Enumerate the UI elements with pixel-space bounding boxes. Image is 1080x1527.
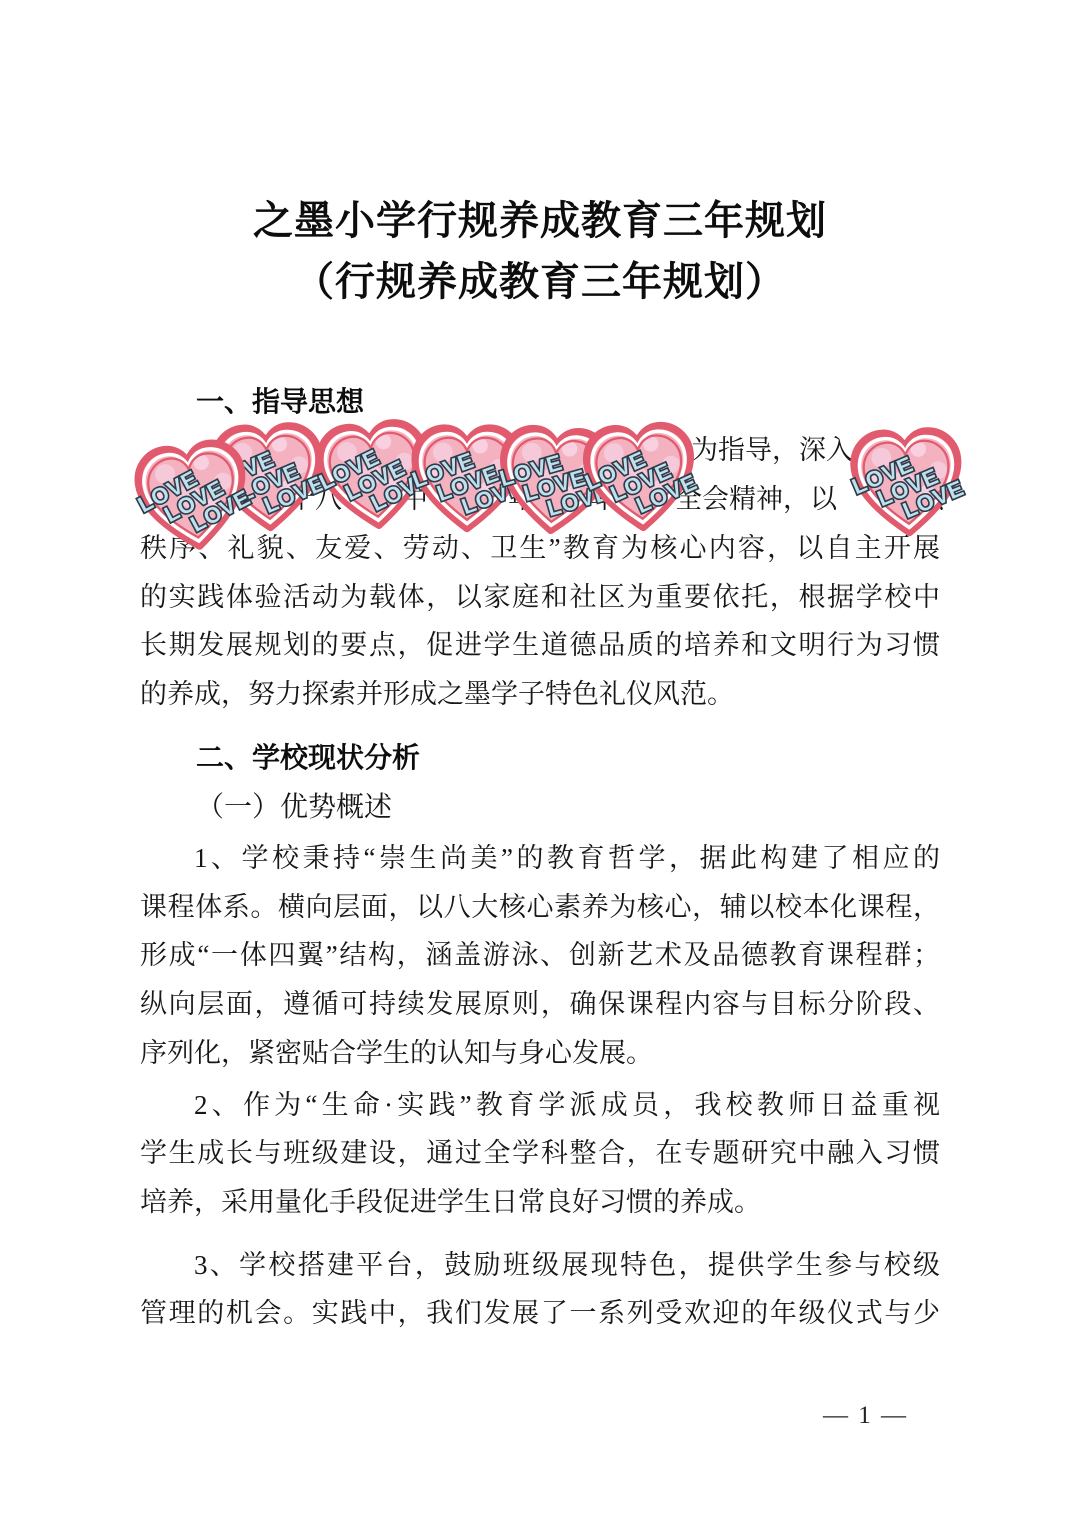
- love-heart-sticker: [838, 416, 977, 555]
- document-page: LOVE LOVE LOVE 之墨小学行规养成教育三年规划 （行规养成教育三年规…: [0, 0, 1080, 1527]
- page-number: — 1 —: [823, 1402, 908, 1430]
- section-heading-school-analysis: 二、学校现状分析: [140, 737, 940, 779]
- body-line: 管理的机会。实践中，我们发展了一系列受欢迎的年级仪式与少: [140, 1292, 940, 1334]
- subsection-heading-advantages: （一）优势概述: [140, 787, 940, 829]
- body-line: 的养成，努力探索并形成之墨学子特色礼仪风范。: [140, 673, 940, 715]
- body-line: 形成“一体四翼”结构，涵盖游泳、创新艺术及品德教育课程群；: [140, 934, 940, 976]
- love-heart-sticker: [118, 424, 267, 573]
- document-title: 之墨小学行规养成教育三年规划: [0, 196, 1080, 246]
- heart-sticker-graphic: [846, 429, 970, 539]
- body-line: 学生成长与班级建设，通过全学科整合，在专题研究中融入习惯: [140, 1132, 940, 1174]
- body-line: 1、学校秉持“崇生尚美”的教育哲学，据此构建了相应的: [140, 837, 940, 879]
- heart-sticker-graphic: [578, 423, 703, 535]
- body-line: 2、作为“生命·实践”教育学派成员，我校教师日益重视: [140, 1084, 940, 1126]
- love-heart-sticker: [570, 410, 711, 551]
- body-line: 3、学校搭建平台，鼓励班级展现特色，提供学生参与校级: [140, 1244, 940, 1286]
- body-line: 长期发展规划的要点，促进学生道德品质的培养和文明行为习惯: [140, 624, 940, 666]
- document-subtitle: （行规养成教育三年规划）: [0, 257, 1080, 307]
- body-line: 课程体系。横向层面，以八大核心素养为核心，辅以校本化课程，: [140, 886, 940, 928]
- body-line: 纵向层面，遵循可持续发展原则，确保课程内容与目标分阶段、: [140, 983, 940, 1025]
- body-line: 序列化，紧密贴合学生的认知与身心发展。: [140, 1032, 940, 1074]
- body-line: 培养，采用量化手段促进学生日常良好习惯的养成。: [140, 1181, 940, 1223]
- body-line: 的实践体验活动为载体，以家庭和社区为重要依托，根据学校中: [140, 576, 940, 618]
- heart-sticker-graphic: [128, 438, 260, 557]
